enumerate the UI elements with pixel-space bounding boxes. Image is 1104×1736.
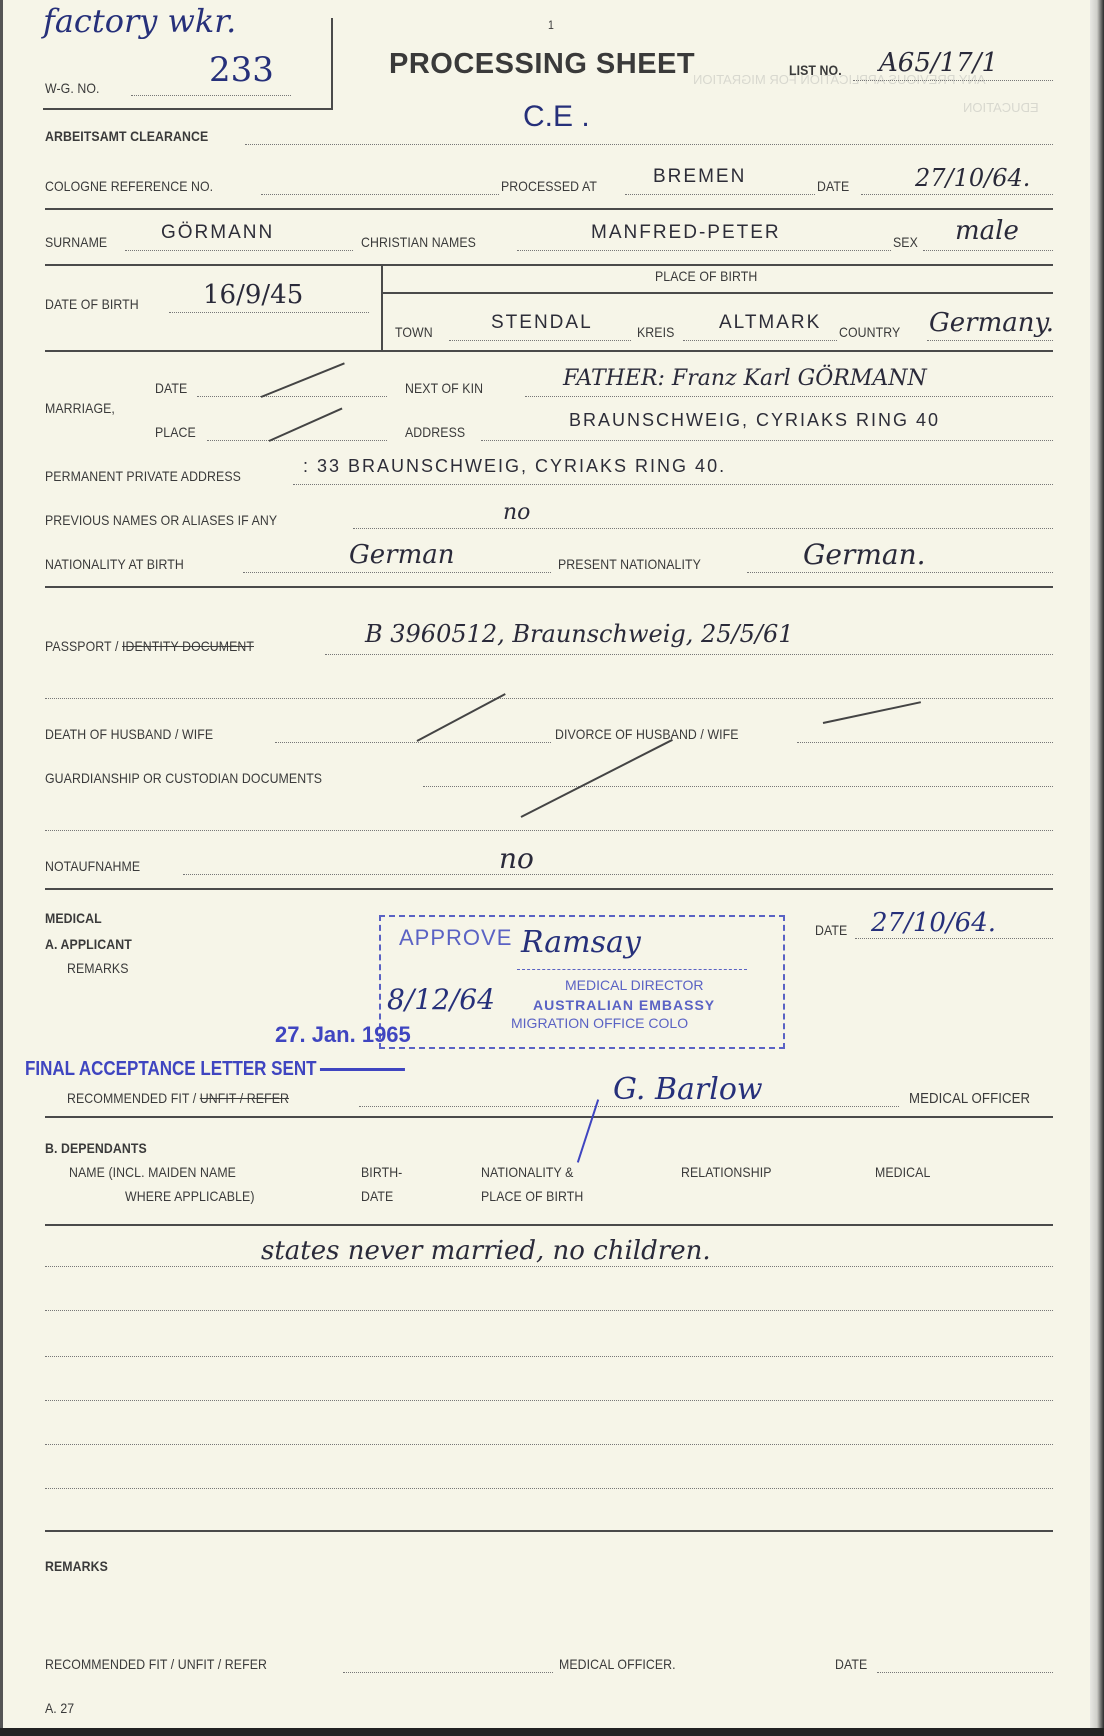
processed-date-field[interactable] xyxy=(861,194,1053,195)
remarks-label: REMARKS xyxy=(45,1558,108,1574)
surname-field[interactable] xyxy=(125,250,353,251)
death-of-spouse-field[interactable] xyxy=(275,742,551,743)
dependants-section-label: B. DEPENDANTS xyxy=(45,1140,147,1156)
footer-recommended-field[interactable] xyxy=(343,1672,553,1673)
christian-names-field[interactable] xyxy=(517,250,891,251)
previous-names-label: PREVIOUS NAMES OR ALIASES IF ANY xyxy=(45,512,277,528)
medical-officer-label: MEDICAL OFFICER xyxy=(909,1090,1030,1107)
cologne-reference-label: COLOGNE REFERENCE NO. xyxy=(45,178,213,194)
town-value: STENDAL xyxy=(491,312,593,334)
notaufnahme-field[interactable] xyxy=(183,874,1053,875)
medical-section-label: MEDICAL xyxy=(45,910,102,926)
column-header-name: NAME (INCL. MAIDEN NAME xyxy=(69,1164,236,1180)
wg-no-field[interactable] xyxy=(131,95,291,96)
country-value: Germany. xyxy=(929,308,1054,338)
bleed-through-text: EDUCATION xyxy=(963,100,1039,115)
applicant-label: A. APPLICANT xyxy=(45,936,132,952)
approval-stamp: APPROVE Ramsay 8/12/64 MEDICAL DIRECTOR … xyxy=(379,915,785,1049)
column-header-birthdate: BIRTH- xyxy=(361,1164,402,1180)
town-field[interactable] xyxy=(449,340,631,341)
town-label: TOWN xyxy=(395,324,433,340)
kin-address-field[interactable] xyxy=(481,440,1053,441)
kreis-value: ALTMARK xyxy=(719,312,821,334)
sex-field[interactable] xyxy=(923,250,1053,251)
present-nationality-field[interactable] xyxy=(747,572,1053,573)
processing-sheet: ANY PREVIOUS APPLICATION FOR MIGRATION E… xyxy=(0,0,1093,1728)
dependant-row-1[interactable] xyxy=(45,1266,1053,1267)
previous-names-value: no xyxy=(503,500,530,525)
guardianship-label: GUARDIANSHIP OR CUSTODIAN DOCUMENTS xyxy=(45,770,322,786)
recommended-fit-text: RECOMMENDED FIT / xyxy=(67,1090,196,1106)
page-number: 1 xyxy=(548,18,554,32)
divorce-label: DIVORCE OF HUSBAND / WIFE xyxy=(555,726,739,742)
marriage-place-label: PLACE xyxy=(155,424,196,440)
marriage-label: MARRIAGE, xyxy=(45,400,115,416)
nationality-at-birth-field[interactable] xyxy=(243,572,551,573)
received-date-stamp: 27. Jan. 1965 xyxy=(275,1022,411,1048)
next-of-kin-field[interactable] xyxy=(525,396,1053,397)
cologne-reference-field[interactable] xyxy=(261,194,499,195)
stamp-line-2: AUSTRALIAN EMBASSY xyxy=(533,997,715,1013)
surname-label: SURNAME xyxy=(45,234,107,250)
divorce-field[interactable] xyxy=(797,742,1053,743)
divider xyxy=(45,1224,1053,1226)
final-acceptance-stamp: FINAL ACCEPTANCE LETTER SENT xyxy=(25,1058,405,1081)
divider xyxy=(45,208,1053,210)
column-header-name-2: WHERE APPLICABLE) xyxy=(125,1188,255,1204)
wg-no-value: 233 xyxy=(209,50,274,90)
stamp-line-3: MIGRATION OFFICE COLO xyxy=(511,1015,688,1031)
stamp-divider xyxy=(517,969,747,970)
dependant-row-2[interactable] xyxy=(45,1310,1053,1311)
permanent-address-value: : 33 BRAUNSCHWEIG, CYRIAKS RING 40. xyxy=(303,456,726,477)
previous-names-field[interactable] xyxy=(353,528,1053,529)
footer-date-label: DATE xyxy=(835,1656,867,1672)
marriage-place-field[interactable] xyxy=(207,440,387,441)
final-acceptance-text: FINAL ACCEPTANCE LETTER SENT xyxy=(25,1058,317,1080)
column-header-relationship: RELATIONSHIP xyxy=(681,1164,772,1180)
list-no-field[interactable] xyxy=(853,80,1053,81)
divider xyxy=(45,888,1053,890)
passport-value: B 3960512, Braunschweig, 25/5/61 xyxy=(365,620,794,648)
present-nationality-value: German. xyxy=(803,538,926,571)
dependant-row-4[interactable] xyxy=(45,1400,1053,1401)
ce-note: C.E . xyxy=(523,100,590,134)
passport-label: PASSPORT / IDENTITY DOCUMENT xyxy=(45,638,254,654)
header-box-bottom-border xyxy=(43,108,333,110)
divider xyxy=(45,350,1053,352)
passport-field-line-2[interactable] xyxy=(45,698,1053,699)
processed-at-value: BREMEN xyxy=(653,166,746,188)
next-of-kin-label: NEXT OF KIN xyxy=(405,380,483,396)
dependant-row-5[interactable] xyxy=(45,1444,1053,1445)
medical-officer-signature: G. Barlow xyxy=(613,1072,763,1107)
date-of-birth-value: 16/9/45 xyxy=(203,280,303,310)
divider xyxy=(45,1116,1053,1118)
notaufnahme-label: NOTAUFNAHME xyxy=(45,858,140,874)
column-header-birthdate-2: DATE xyxy=(361,1188,393,1204)
stamp-handwritten-date: 8/12/64 xyxy=(387,983,495,1016)
permanent-address-label: PERMANENT PRIVATE ADDRESS xyxy=(45,468,241,484)
footer-date-field[interactable] xyxy=(877,1672,1053,1673)
dependants-note: states never married, no children. xyxy=(261,1236,711,1266)
applicant-remarks-label: REMARKS xyxy=(67,960,129,976)
date-of-birth-field[interactable] xyxy=(169,312,369,313)
kin-address-value: BRAUNSCHWEIG, CYRIAKS RING 40 xyxy=(569,410,940,431)
recommended-label: RECOMMENDED FIT / UNFIT / REFER xyxy=(67,1090,289,1106)
marriage-date-field[interactable] xyxy=(197,396,387,397)
date-of-birth-label: DATE OF BIRTH xyxy=(45,296,139,312)
footer-medical-officer-label: MEDICAL OFFICER. xyxy=(559,1656,676,1672)
stamp-approve-text: APPROVE xyxy=(399,925,512,951)
list-no-value: A65/17/1 xyxy=(879,48,998,78)
stamp-signature: Ramsay xyxy=(521,925,641,960)
page-edge xyxy=(1090,0,1104,1736)
footer-recommended-label: RECOMMENDED FIT / UNFIT / REFER xyxy=(45,1656,267,1672)
processed-date-value: 27/10/64. xyxy=(915,164,1030,192)
medical-date-label: DATE xyxy=(815,922,847,938)
country-label: COUNTRY xyxy=(839,324,900,340)
marriage-place-strike xyxy=(269,408,343,442)
passport-label-text: PASSPORT / xyxy=(45,638,118,654)
divorce-strike xyxy=(823,701,921,724)
kreis-field[interactable] xyxy=(683,340,837,341)
form-code: A. 27 xyxy=(45,1700,74,1716)
column-header-nationality-2: PLACE OF BIRTH xyxy=(481,1188,583,1204)
arbeitsamt-clearance-field[interactable] xyxy=(245,144,1053,145)
processed-at-field[interactable] xyxy=(625,194,815,195)
header-box-right-border xyxy=(331,18,333,110)
column-header-nationality: NATIONALITY & xyxy=(481,1164,573,1180)
arbeitsamt-clearance-label: ARBEITSAMT CLEARANCE xyxy=(45,128,208,144)
permanent-address-field[interactable] xyxy=(293,484,1053,485)
wg-no-label: W-G. NO. xyxy=(45,80,100,96)
guardianship-field-line-2[interactable] xyxy=(45,830,1053,831)
final-acceptance-underline xyxy=(320,1068,405,1071)
recommended-struck-text: UNFIT / REFER xyxy=(200,1090,289,1106)
sex-value: male xyxy=(955,216,1019,246)
death-of-spouse-strike xyxy=(417,693,506,742)
place-of-birth-label: PLACE OF BIRTH xyxy=(655,268,757,284)
list-no-label: LIST NO. xyxy=(789,62,842,78)
dependant-row-6[interactable] xyxy=(45,1488,1053,1489)
kin-address-label: ADDRESS xyxy=(405,424,465,440)
guardianship-strike xyxy=(521,739,673,818)
nationality-at-birth-value: German xyxy=(349,540,455,570)
country-field[interactable] xyxy=(927,340,1053,341)
divider xyxy=(45,586,1053,588)
sex-label: SEX xyxy=(893,234,918,250)
divider xyxy=(45,264,1053,266)
divider xyxy=(383,292,1053,294)
kreis-label: KREIS xyxy=(637,324,674,340)
place-of-birth-divider xyxy=(381,266,383,350)
guardianship-field[interactable] xyxy=(423,786,1053,787)
surname-value: GÖRMANN xyxy=(161,222,274,244)
christian-names-value: MANFRED-PETER xyxy=(591,222,781,244)
page-title: PROCESSING SHEET xyxy=(389,48,695,81)
christian-names-label: CHRISTIAN NAMES xyxy=(361,234,476,250)
signature-stroke xyxy=(577,1099,599,1162)
marriage-date-strike xyxy=(261,362,345,398)
stamp-line-1: MEDICAL DIRECTOR xyxy=(565,977,703,993)
processed-at-label: PROCESSED AT xyxy=(501,178,597,194)
nationality-at-birth-label: NATIONALITY AT BIRTH xyxy=(45,556,184,572)
death-of-spouse-label: DEATH OF HUSBAND / WIFE xyxy=(45,726,213,742)
scan-border xyxy=(0,1728,1104,1736)
medical-date-field[interactable] xyxy=(855,938,1053,939)
processed-date-label: DATE xyxy=(817,178,849,194)
dependant-row-3[interactable] xyxy=(45,1356,1053,1357)
marriage-date-label: DATE xyxy=(155,380,187,396)
divider xyxy=(45,1530,1053,1532)
passport-field[interactable] xyxy=(325,654,1053,655)
medical-date-value: 27/10/64. xyxy=(871,908,996,938)
identity-document-label-struck: IDENTITY DOCUMENT xyxy=(122,638,254,654)
present-nationality-label: PRESENT NATIONALITY xyxy=(558,556,701,572)
notaufnahme-value: no xyxy=(499,842,534,875)
next-of-kin-value: FATHER: Franz Karl GÖRMANN xyxy=(563,366,927,391)
column-header-medical: MEDICAL xyxy=(875,1164,930,1180)
occupation-note: factory wkr. xyxy=(43,2,236,40)
